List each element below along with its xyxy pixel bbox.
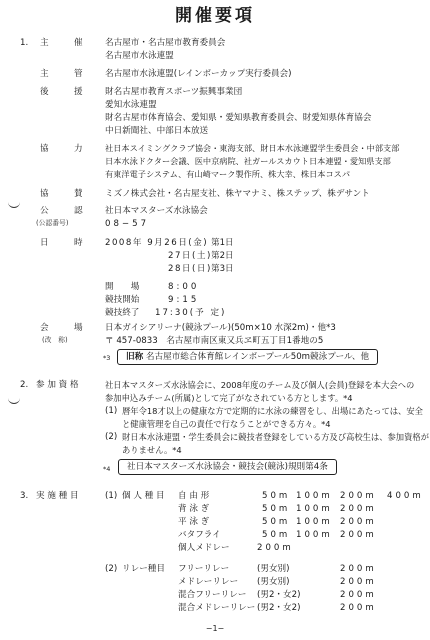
distance: 400m xyxy=(387,490,424,502)
label-shukan-a: 主 xyxy=(40,68,49,80)
distance: 50m xyxy=(262,490,290,502)
event-freestyle: 自 由 形 xyxy=(178,490,209,502)
time-label-end: 競技終了 xyxy=(105,307,139,319)
eligibility-item-1-line-1: 暦年令18才以上の健康な方で定期的に水泳の練習をし、出場にあたっては、安全 xyxy=(122,405,423,417)
konin-line-1: 社日本マスターズ水泳協会 xyxy=(105,205,208,217)
label-kyosan-b: 賛 xyxy=(74,188,83,200)
distance: 200m xyxy=(340,490,377,502)
shusai-line-1: 名古屋市・名古屋市教育委員会 xyxy=(105,37,225,49)
label-kyoryoku-a: 協 xyxy=(40,143,49,155)
distance: 100m xyxy=(296,529,333,541)
kyosan-line-1: ミズノ株式会社・名古屋支社、株ヤマナミ、株ステップ、株デサント xyxy=(105,188,370,200)
section-2-number: 2. xyxy=(20,379,28,391)
label-shusai-a: 主 xyxy=(40,37,49,49)
rule-reference-box: 社日本マスターズ水泳協会・競技会(競泳)規則第4条 xyxy=(118,459,337,475)
label-konin-a: 公 xyxy=(40,205,49,217)
kyoryoku-line-3: 有東洋電子システム、有山崎マーク製作所、株大幸、株日本コスパ xyxy=(105,169,350,181)
relay-category: (男2・女2) xyxy=(257,602,300,614)
rule-reference-text: 社日本マスターズ水泳協会・競技会(競泳)規則第4条 xyxy=(127,462,328,472)
eligibility-intro-2: 参加申込みチーム(所属)として完了がなされている方とします。*4 xyxy=(105,392,353,404)
label-kaijo-a: 会 xyxy=(40,322,49,334)
venue-name: 日本ガイシアリーナ(競泳プール)(50m×10 水深2m)・他*3 xyxy=(105,322,336,334)
relay-category: (男女別) xyxy=(257,576,290,588)
former-name-note-box: 旧称 名古屋市総合体育館レインボープール50m競泳プール、他 xyxy=(117,349,378,365)
relay-mark: (2) xyxy=(105,563,117,575)
distance: 50m xyxy=(262,503,290,515)
time-label-start: 競技開始 xyxy=(105,294,139,306)
eligibility-item-2-mark: (2) xyxy=(105,431,117,443)
time-value-end: 17:30(予 定) xyxy=(155,307,226,319)
event-backstroke: 背 泳 ぎ xyxy=(178,503,209,515)
binding-hole-mark xyxy=(8,202,20,208)
distance: 200m xyxy=(340,503,377,515)
event-butterfly: バタフライ xyxy=(178,529,221,541)
distance: 50m xyxy=(262,529,290,541)
section-1-number: 1. xyxy=(20,37,28,49)
relay-label: リレー種目 xyxy=(122,563,165,575)
binding-hole-mark xyxy=(8,398,20,404)
note-3-mark: *3 xyxy=(103,354,110,363)
relay-category: (男2・女2) xyxy=(257,589,300,601)
note-4-mark: *4 xyxy=(103,465,110,474)
kyoryoku-line-2: 日本水泳ドクター会議、医中京病院、社ガールスカウト日本連盟・愛知県支部 xyxy=(105,156,391,168)
relay-event-free: フリーリレー xyxy=(178,563,229,575)
event-individual-medley: 個人メドレー xyxy=(178,542,230,554)
time-value-open: 8:00 xyxy=(168,281,199,293)
distance: 100m xyxy=(296,516,333,528)
relay-event-medley: メドレーリレー xyxy=(178,576,238,588)
label-nichiji-b: 時 xyxy=(74,237,83,249)
day-2: 第2日 xyxy=(211,250,234,262)
day-3: 第3日 xyxy=(211,263,234,275)
individual-label: 個 人 種 目 xyxy=(122,490,165,502)
eligibility-item-1-mark: (1) xyxy=(105,405,117,417)
day-1: 第1日 xyxy=(211,237,234,249)
relay-category: (男女別) xyxy=(257,563,290,575)
section-3-label: 実 施 種 目 xyxy=(36,490,79,502)
label-kyoryoku-b: 力 xyxy=(74,143,83,155)
page-number: −1− xyxy=(0,623,430,635)
distance: 200m xyxy=(257,542,294,554)
former-name-label: 旧称 xyxy=(126,352,143,362)
konin-number: 08−57 xyxy=(105,218,149,230)
relay-distance: 200m xyxy=(340,576,377,588)
former-name-text: 名古屋市総合体育館レインボープール50m競泳プール、他 xyxy=(143,352,369,362)
venue-address: 〒 457-0833 名古屋市南区東又兵ヱ町五丁目1番地の5 xyxy=(105,335,323,347)
kaijo-sub-label: (改 称) xyxy=(42,336,68,346)
date-2: 27日(土) xyxy=(168,250,212,262)
label-shusai-b: 催 xyxy=(74,37,83,49)
date-1: 2008年 9月26日(金) xyxy=(105,237,208,249)
eligibility-item-1-line-2: と健康管理を自己の責任で行なうことができる方々。*4 xyxy=(122,418,331,430)
shukan-line-1: 名古屋市水泳連盟(レインボーカップ実行委員会) xyxy=(105,68,292,80)
kyoryoku-line-1: 社日本スイミングクラブ協会・東海支部、財日本水泳連盟学生委員会・中部支部 xyxy=(105,143,399,155)
relay-event-mixed-free: 混合フリーリレー xyxy=(178,589,246,601)
relay-distance: 200m xyxy=(340,589,377,601)
eligibility-item-2-line-1: 財日本水泳連盟・学生委員会に競技者登録をしている方及び高校生は、参加資格が xyxy=(122,431,429,443)
date-3: 28日(日) xyxy=(168,263,212,275)
section-2-label: 参 加 資 格 xyxy=(36,379,79,391)
shusai-line-2: 名古屋市水泳連盟 xyxy=(105,50,174,62)
distance: 100m xyxy=(296,490,333,502)
label-koen-b: 援 xyxy=(74,86,83,98)
individual-mark: (1) xyxy=(105,490,117,502)
label-kyosan-a: 協 xyxy=(40,188,49,200)
page-title: 開催要項 xyxy=(0,4,430,29)
label-kaijo-b: 場 xyxy=(74,322,83,334)
koen-line-4: 中日新聞社、中部日本放送 xyxy=(105,125,208,137)
relay-distance: 200m xyxy=(340,563,377,575)
label-konin-b: 認 xyxy=(74,205,83,217)
relay-distance: 200m xyxy=(340,602,377,614)
section-3-number: 3. xyxy=(20,490,28,502)
koen-line-1: 財名古屋市教育スポーツ振興事業団 xyxy=(105,86,242,98)
event-breaststroke: 平 泳 ぎ xyxy=(178,516,209,528)
time-value-start: 9:15 xyxy=(168,294,199,306)
label-koen-a: 後 xyxy=(40,86,49,98)
koen-line-2: 愛知水泳連盟 xyxy=(105,99,157,111)
label-nichiji-a: 日 xyxy=(40,237,49,249)
eligibility-item-2-line-2: ありません。*4 xyxy=(122,444,182,456)
distance: 200m xyxy=(340,516,377,528)
eligibility-intro-1: 社日本マスターズ水泳協会に、2008年度のチーム及び個人(会員)登録を本大会への xyxy=(105,379,414,391)
koen-line-3: 財名古屋市体育協会、愛知県・愛知県教育委員会、財愛知県体育協会 xyxy=(105,112,371,124)
relay-event-mixed-medley: 混合メドレーリレー xyxy=(178,602,255,614)
distance: 200m xyxy=(340,529,377,541)
konin-sub-label: (公認番号) xyxy=(36,219,69,229)
distance: 100m xyxy=(296,503,333,515)
label-shukan-b: 管 xyxy=(74,68,83,80)
distance: 50m xyxy=(262,516,290,528)
time-label-open: 開 場 xyxy=(105,281,139,293)
